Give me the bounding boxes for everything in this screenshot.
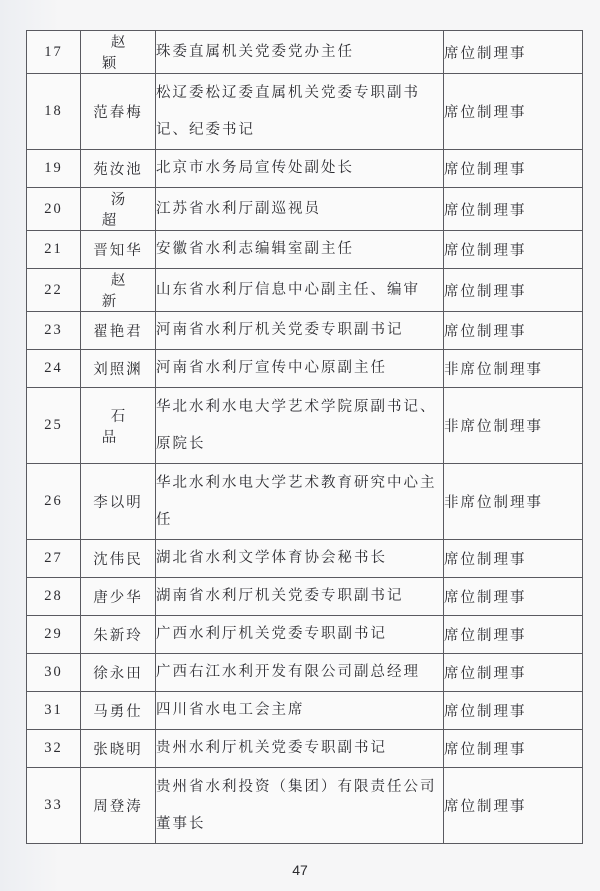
member-position: 湖南省水利厅机关党委专职副书记 xyxy=(156,578,444,616)
table-row: 17 赵颖 珠委直属机关党委党办主任 席位制理事 xyxy=(27,31,583,74)
member-role: 席位制理事 xyxy=(444,540,583,578)
row-number: 28 xyxy=(27,578,81,616)
member-name: 周登涛 xyxy=(81,768,156,844)
row-number: 19 xyxy=(27,150,81,188)
table-row: 23 翟艳君 河南省水利厅机关党委专职副书记 席位制理事 xyxy=(27,312,583,350)
member-name: 张晓明 xyxy=(81,730,156,768)
member-name: 苑汝池 xyxy=(81,150,156,188)
table-row: 32 张晓明 贵州水利厅机关党委专职副书记 席位制理事 xyxy=(27,730,583,768)
table-row: 22 赵新 山东省水利厅信息中心副主任、编审 席位制理事 xyxy=(27,269,583,312)
member-name: 马勇仕 xyxy=(81,692,156,730)
member-name: 唐少华 xyxy=(81,578,156,616)
member-position: 华北水利水电大学艺术学院原副书记、原院长 xyxy=(156,388,444,464)
member-role: 席位制理事 xyxy=(444,692,583,730)
member-role: 非席位制理事 xyxy=(444,350,583,388)
council-members-table: 17 赵颖 珠委直属机关党委党办主任 席位制理事 18 范春梅 松辽委松辽委直属… xyxy=(26,30,583,844)
member-position: 河南省水利厅机关党委专职副书记 xyxy=(156,312,444,350)
row-number: 21 xyxy=(27,231,81,269)
row-number: 33 xyxy=(27,768,81,844)
table-row: 26 李以明 华北水利水电大学艺术教育研究中心主任 非席位制理事 xyxy=(27,464,583,540)
table-row: 27 沈伟民 湖北省水利文学体育协会秘书长 席位制理事 xyxy=(27,540,583,578)
member-position: 北京市水务局宣传处副处长 xyxy=(156,150,444,188)
row-number: 23 xyxy=(27,312,81,350)
table-row: 25 石品 华北水利水电大学艺术学院原副书记、原院长 非席位制理事 xyxy=(27,388,583,464)
member-name: 范春梅 xyxy=(81,74,156,150)
table-row: 28 唐少华 湖南省水利厅机关党委专职副书记 席位制理事 xyxy=(27,578,583,616)
member-role: 席位制理事 xyxy=(444,188,583,231)
row-number: 25 xyxy=(27,388,81,464)
member-name: 赵颖 xyxy=(81,31,156,74)
member-position: 广西右江水利开发有限公司副总经理 xyxy=(156,654,444,692)
member-role: 席位制理事 xyxy=(444,312,583,350)
member-name: 李以明 xyxy=(81,464,156,540)
member-name: 朱新玲 xyxy=(81,616,156,654)
row-number: 24 xyxy=(27,350,81,388)
member-role: 非席位制理事 xyxy=(444,388,583,464)
member-role: 席位制理事 xyxy=(444,578,583,616)
member-position: 松辽委松辽委直属机关党委专职副书记、纪委书记 xyxy=(156,74,444,150)
member-position: 贵州水利厅机关党委专职副书记 xyxy=(156,730,444,768)
table-row: 21 晋知华 安徽省水利志编辑室副主任 席位制理事 xyxy=(27,231,583,269)
table-row: 18 范春梅 松辽委松辽委直属机关党委专职副书记、纪委书记 席位制理事 xyxy=(27,74,583,150)
member-position: 湖北省水利文学体育协会秘书长 xyxy=(156,540,444,578)
member-position: 贵州省水利投资（集团）有限责任公司董事长 xyxy=(156,768,444,844)
member-position: 河南省水利厅宣传中心原副主任 xyxy=(156,350,444,388)
member-name: 翟艳君 xyxy=(81,312,156,350)
member-name: 晋知华 xyxy=(81,231,156,269)
member-position: 四川省水电工会主席 xyxy=(156,692,444,730)
member-name: 汤超 xyxy=(81,188,156,231)
table-row: 24 刘照渊 河南省水利厅宣传中心原副主任 非席位制理事 xyxy=(27,350,583,388)
row-number: 31 xyxy=(27,692,81,730)
member-position: 华北水利水电大学艺术教育研究中心主任 xyxy=(156,464,444,540)
member-name: 沈伟民 xyxy=(81,540,156,578)
member-role: 席位制理事 xyxy=(444,74,583,150)
row-number: 26 xyxy=(27,464,81,540)
member-role: 席位制理事 xyxy=(444,768,583,844)
table-row: 29 朱新玲 广西水利厅机关党委专职副书记 席位制理事 xyxy=(27,616,583,654)
table-row: 30 徐永田 广西右江水利开发有限公司副总经理 席位制理事 xyxy=(27,654,583,692)
member-name: 赵新 xyxy=(81,269,156,312)
table-body: 17 赵颖 珠委直属机关党委党办主任 席位制理事 18 范春梅 松辽委松辽委直属… xyxy=(27,31,583,844)
member-role: 席位制理事 xyxy=(444,616,583,654)
row-number: 27 xyxy=(27,540,81,578)
member-position: 山东省水利厅信息中心副主任、编审 xyxy=(156,269,444,312)
member-role: 席位制理事 xyxy=(444,231,583,269)
table-row: 19 苑汝池 北京市水务局宣传处副处长 席位制理事 xyxy=(27,150,583,188)
member-position: 广西水利厅机关党委专职副书记 xyxy=(156,616,444,654)
member-role: 非席位制理事 xyxy=(444,464,583,540)
member-role: 席位制理事 xyxy=(444,31,583,74)
table-row: 20 汤超 江苏省水利厅副巡视员 席位制理事 xyxy=(27,188,583,231)
member-role: 席位制理事 xyxy=(444,150,583,188)
row-number: 29 xyxy=(27,616,81,654)
table-row: 33 周登涛 贵州省水利投资（集团）有限责任公司董事长 席位制理事 xyxy=(27,768,583,844)
row-number: 32 xyxy=(27,730,81,768)
row-number: 30 xyxy=(27,654,81,692)
member-position: 江苏省水利厅副巡视员 xyxy=(156,188,444,231)
row-number: 20 xyxy=(27,188,81,231)
table-row: 31 马勇仕 四川省水电工会主席 席位制理事 xyxy=(27,692,583,730)
member-position: 珠委直属机关党委党办主任 xyxy=(156,31,444,74)
member-role: 席位制理事 xyxy=(444,730,583,768)
page-number: 47 xyxy=(0,862,600,878)
member-name: 徐永田 xyxy=(81,654,156,692)
member-name: 刘照渊 xyxy=(81,350,156,388)
member-role: 席位制理事 xyxy=(444,269,583,312)
row-number: 18 xyxy=(27,74,81,150)
row-number: 22 xyxy=(27,269,81,312)
member-position: 安徽省水利志编辑室副主任 xyxy=(156,231,444,269)
member-role: 席位制理事 xyxy=(444,654,583,692)
row-number: 17 xyxy=(27,31,81,74)
member-name: 石品 xyxy=(81,388,156,464)
